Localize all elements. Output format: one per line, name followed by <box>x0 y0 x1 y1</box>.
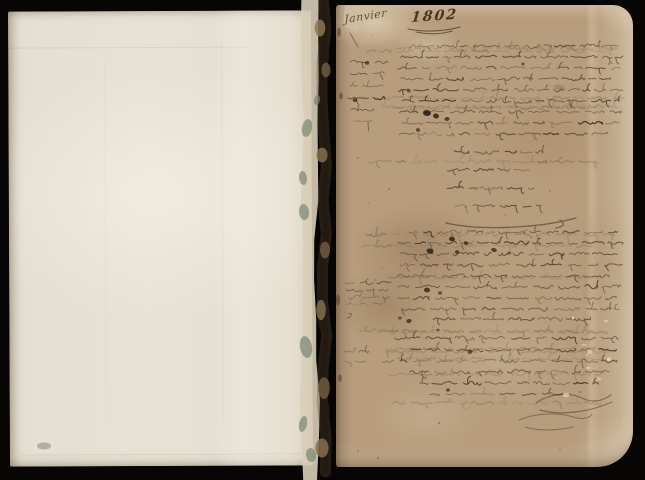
right-page-manuscript <box>336 5 633 467</box>
paper-sheen <box>213 10 310 465</box>
book-scan: Janvier 1802 <box>0 0 645 480</box>
crease-line <box>104 61 107 416</box>
left-page-blank <box>8 10 313 466</box>
